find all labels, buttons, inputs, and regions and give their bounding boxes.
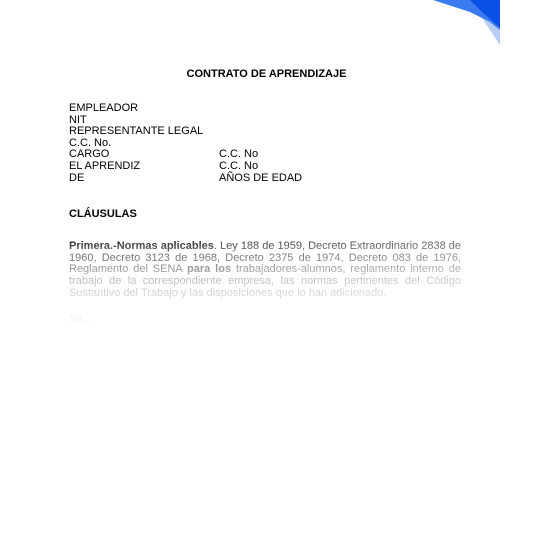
field-label: EL APRENDIZ [69,160,140,172]
field-secondary-label: C.C. No [219,161,258,173]
field-label: CARGO [69,148,109,160]
field-row: EMPLEADOR [69,103,203,115]
field-row: EL APRENDIZC.C. No [69,161,203,173]
party-fields: EMPLEADORNITREPRESENTANTE LEGALC.C. No.C… [69,103,203,184]
text-fade-overlay-horizontal [60,236,480,296]
document-title: CONTRATO DE APRENDIZAJE [0,68,533,80]
section-heading: CLÁUSULAS [69,208,137,220]
field-secondary-label: AÑOS DE EDAD [219,173,302,185]
faded-tail-text: Se... [69,313,92,325]
field-label: EMPLEADOR [69,102,138,114]
field-label: DE [69,172,84,184]
field-label: C.C. No. [69,137,111,149]
field-row: DEAÑOS DE EDAD [69,173,203,185]
field-label: NIT [69,114,87,126]
field-label: REPRESENTANTE LEGAL [69,125,203,137]
corner-decoration [0,0,533,60]
